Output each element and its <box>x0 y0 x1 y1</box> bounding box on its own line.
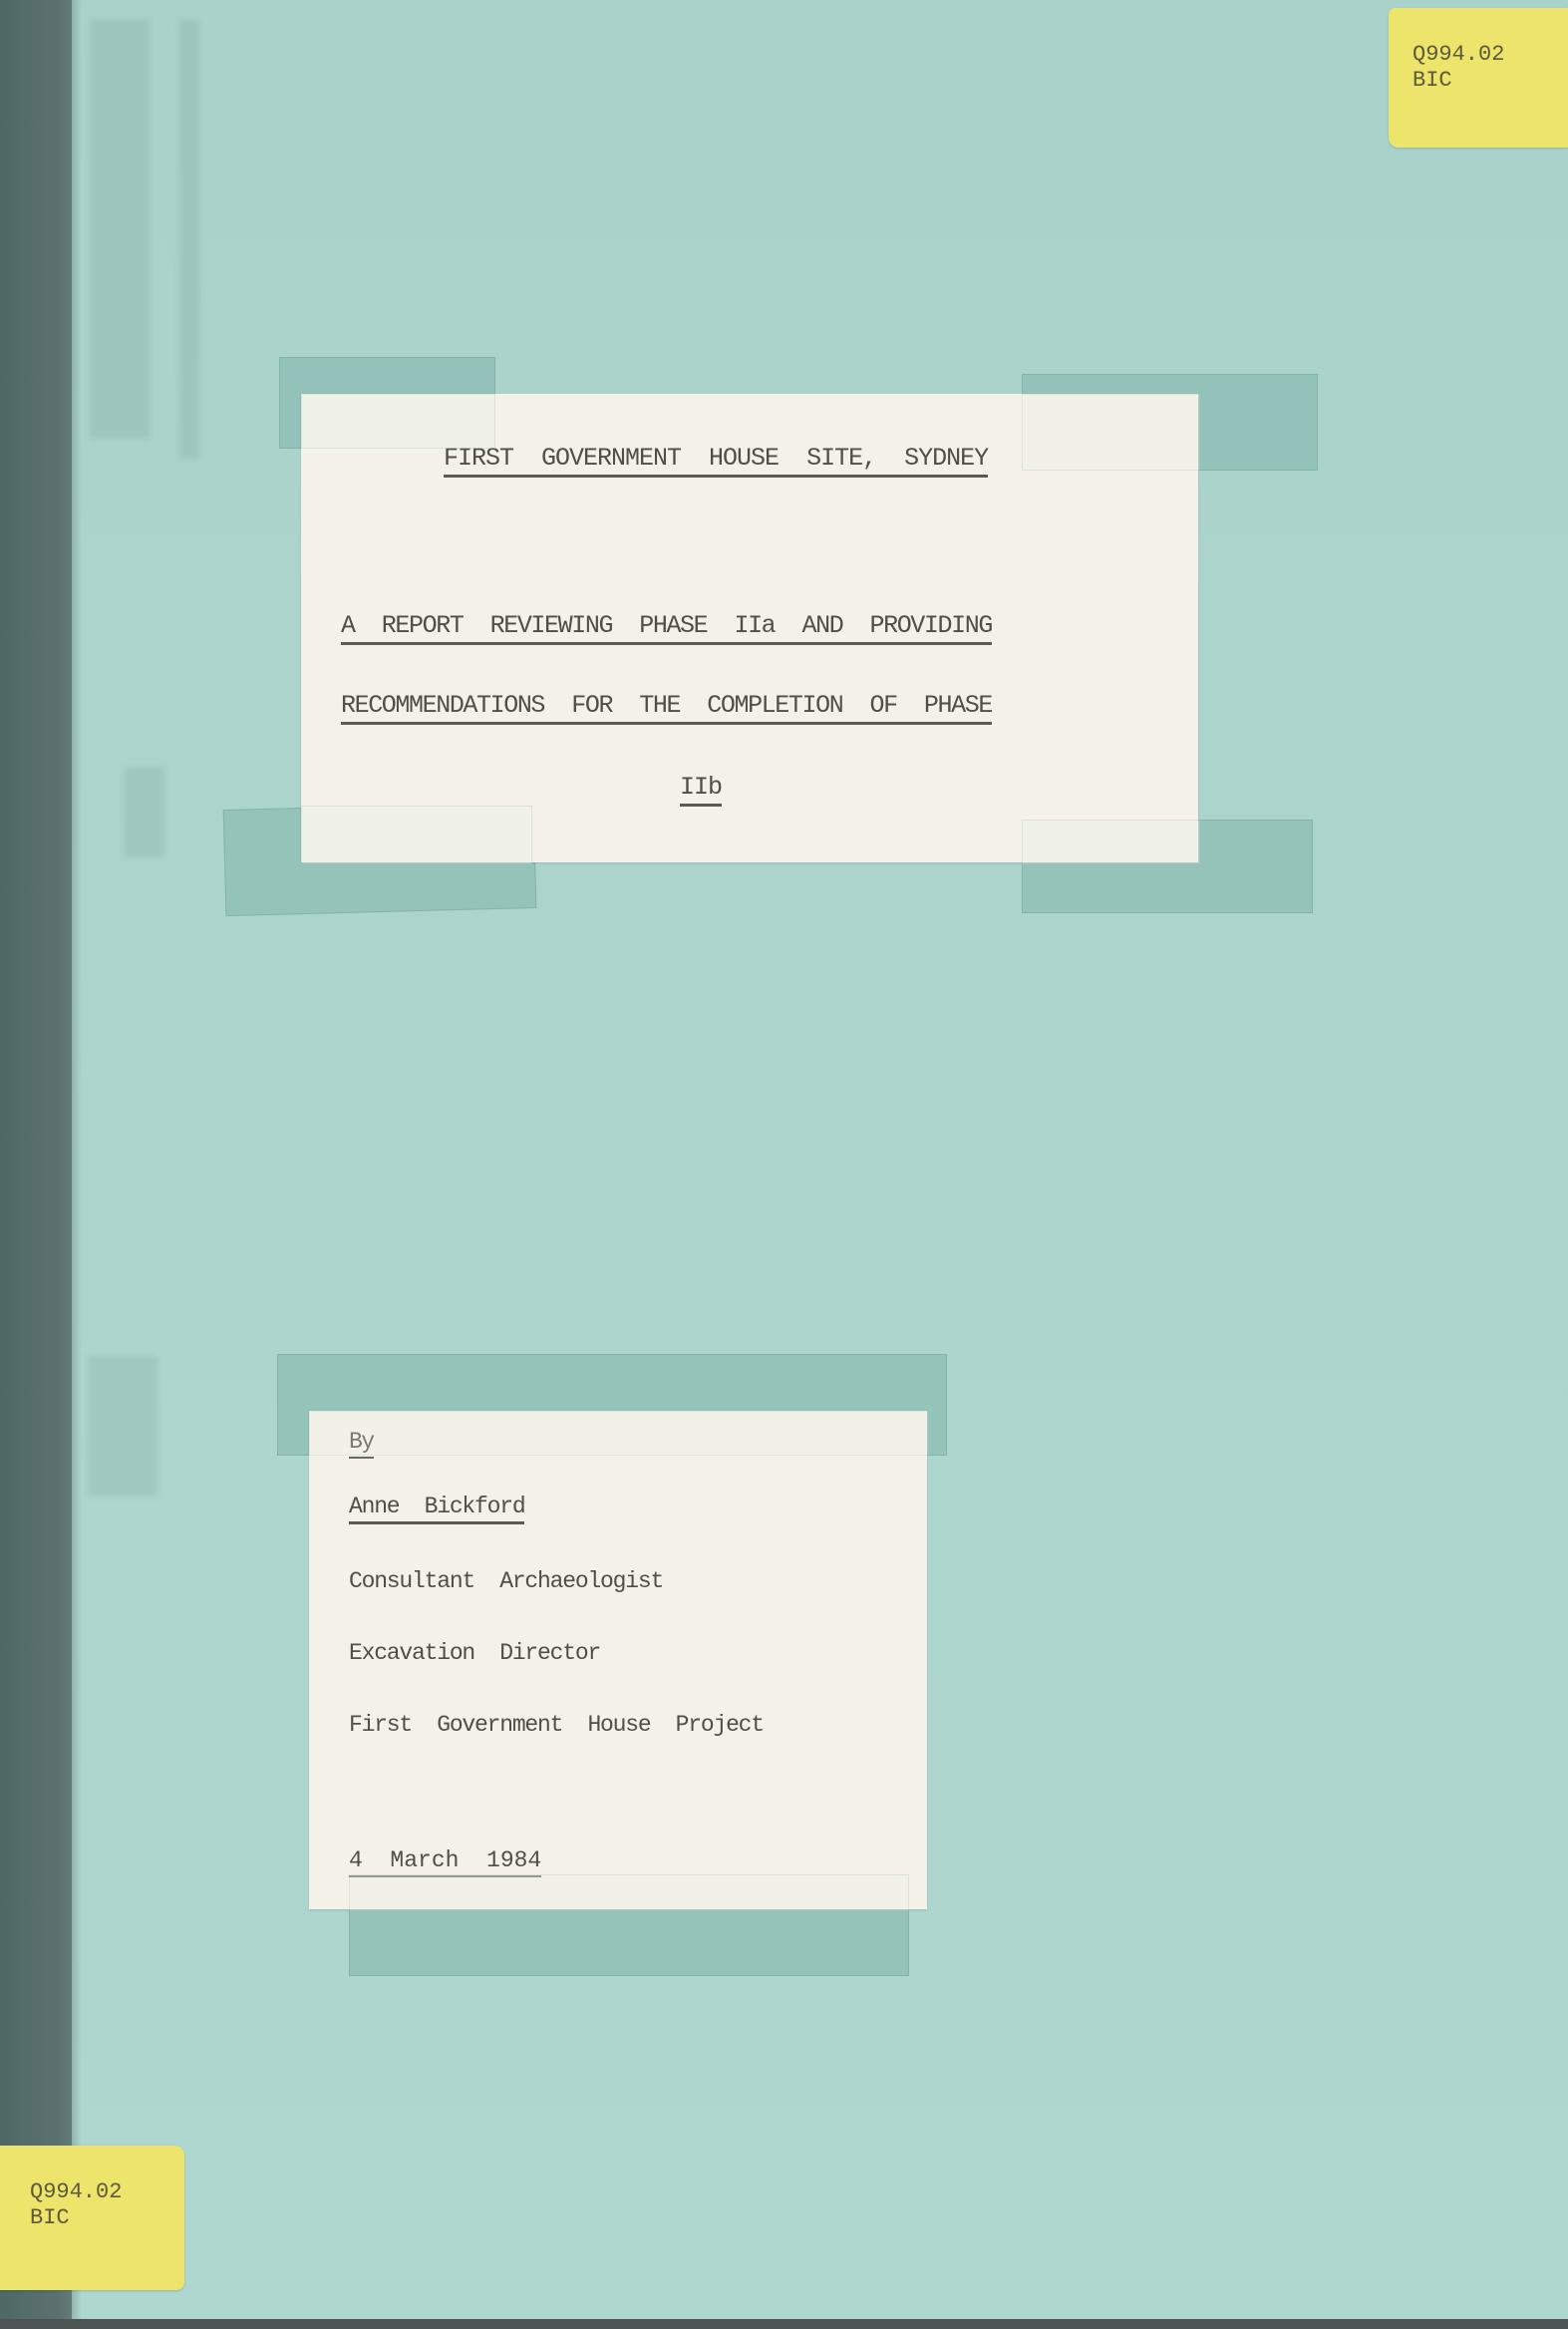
spine-shadow <box>72 0 82 2329</box>
call-number: Q994.02 <box>1412 42 1568 68</box>
report-subtitle-line-1: A REPORT REVIEWING PHASE IIa AND PROVIDI… <box>341 611 992 645</box>
report-subtitle-line-2: RECOMMENDATIONS FOR THE COMPLETION OF PH… <box>341 691 992 725</box>
tape-overlay <box>309 1411 929 1456</box>
tape-overlay <box>301 806 532 864</box>
show-through-marks <box>125 768 164 857</box>
report-date: 4 March 1984 <box>349 1847 541 1877</box>
author-card: By Anne Bickford Consultant Archaeologis… <box>309 1411 927 1909</box>
site-title: FIRST GOVERNMENT HOUSE SITE, SYDNEY <box>444 444 988 478</box>
show-through-marks <box>179 20 199 459</box>
bottom-edge <box>0 2319 1568 2329</box>
author-role-3: First Government House Project <box>349 1712 764 1738</box>
report-subtitle-line-3: IIb <box>680 773 722 807</box>
tape-overlay <box>349 1874 909 1911</box>
author-role-1: Consultant Archaeologist <box>349 1568 663 1594</box>
call-number-label-top: Q994.02 BIC <box>1389 8 1568 148</box>
binding-spine <box>0 0 72 2329</box>
call-number-label-bottom: Q994.02 BIC <box>0 2146 184 2290</box>
tape-overlay <box>301 394 495 449</box>
show-through-marks <box>90 20 150 439</box>
tape-overlay <box>1022 820 1200 864</box>
tape-overlay <box>1022 394 1200 471</box>
call-number: Q994.02 <box>30 2179 184 2205</box>
show-through-marks <box>88 1356 157 1496</box>
author-code: BIC <box>1412 68 1568 94</box>
author-code: BIC <box>30 2205 184 2231</box>
report-cover <box>0 0 1568 2329</box>
author-name: Anne Bickford <box>349 1494 524 1524</box>
author-role-2: Excavation Director <box>349 1640 600 1666</box>
